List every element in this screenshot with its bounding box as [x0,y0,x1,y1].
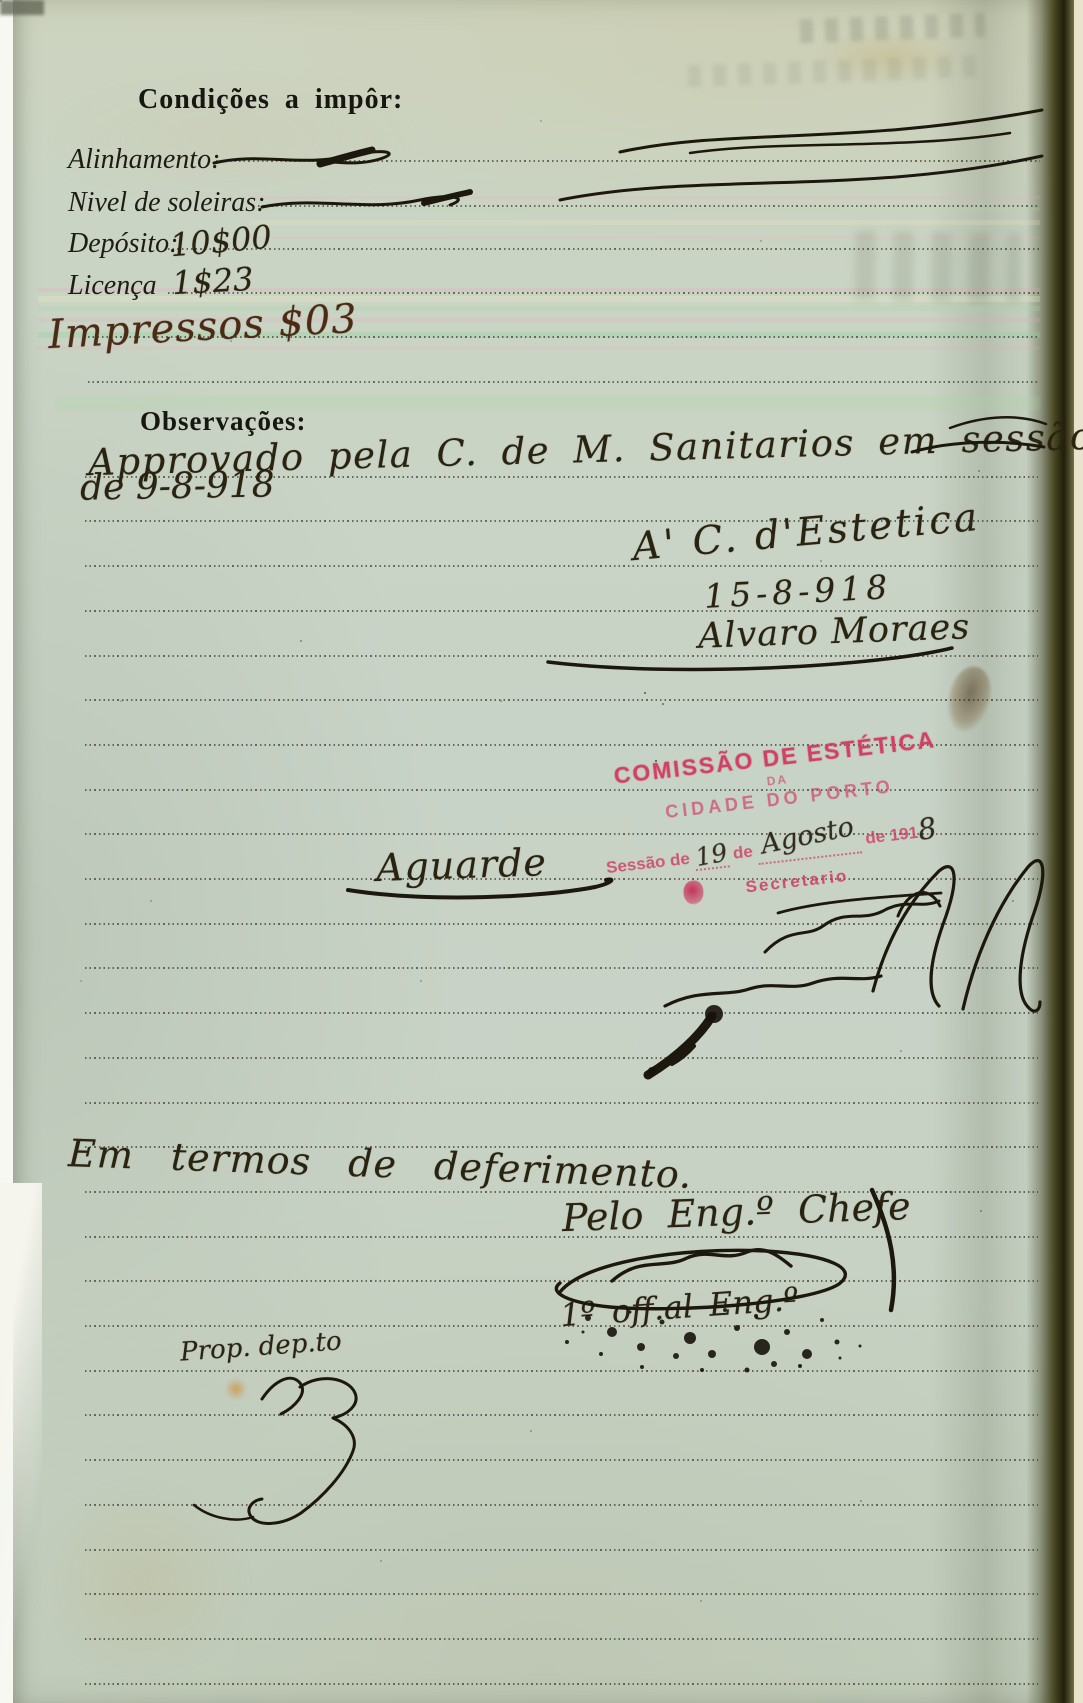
handwritten-session-month: Agosto [758,811,856,860]
ruled-line [216,160,1040,162]
stamp-day-blank: 19 [692,837,729,872]
paper-speckles [0,0,2,2]
field-label-deposito: Depósito: [68,228,178,260]
ruled-line [85,1414,1038,1416]
scan-right-edge [1074,0,1083,1703]
ruled-line [85,1504,1038,1506]
field-label-alinhamento: Alinhamento: [68,144,220,176]
ruled-line [85,1683,1038,1685]
stamp-session-mid: de [732,842,754,863]
form-title: Condições a impôr: [138,84,403,116]
ruled-line [85,1280,1038,1282]
ruled-line [85,1549,1038,1551]
field-label-nivel-soleiras: Nivel de soleiras: [68,187,266,219]
ruled-line [85,1012,1038,1014]
ruled-line [85,1057,1038,1059]
ruled-line [85,1459,1038,1461]
ruled-line [85,655,1038,657]
ruled-line [85,967,1038,969]
handwritten-approval-note-line2: de 9-8-918 [80,464,275,508]
scan-left-bottom-wedge [0,1183,42,1703]
handwritten-licenca-value: 1$23 [171,260,254,302]
observations-title: Observações: [140,406,306,437]
ruled-line [85,1370,1038,1372]
corner-shadow [0,0,44,15]
field-label-licenca: Licença [68,270,157,302]
ruled-line [168,292,1040,294]
stamp-year-prefix: de 191 [864,823,919,848]
ruled-line [85,1638,1038,1640]
ruled-line [88,381,1040,383]
handwritten-aguarde: Aguarde [375,840,547,890]
ruled-line [85,1236,1038,1238]
paper-stain [224,1378,248,1400]
handwritten-session-day: 19 [693,838,730,872]
ruled-line [168,248,1040,250]
ruled-line [85,565,1038,567]
stamp-session-prefix: Sessão de [605,849,691,877]
stamp-ink-blob [683,879,706,905]
ruled-line [85,699,1038,701]
paper-stain [30,1480,250,1680]
document-page: Condições a impôr: Alinhamento: Nivel de… [0,0,1083,1703]
ruled-line [85,1102,1038,1104]
ruled-line [258,205,1040,207]
ruled-line [85,923,1038,925]
stamp-month-blank: Agosto [755,820,862,865]
ruled-line [85,1593,1038,1595]
